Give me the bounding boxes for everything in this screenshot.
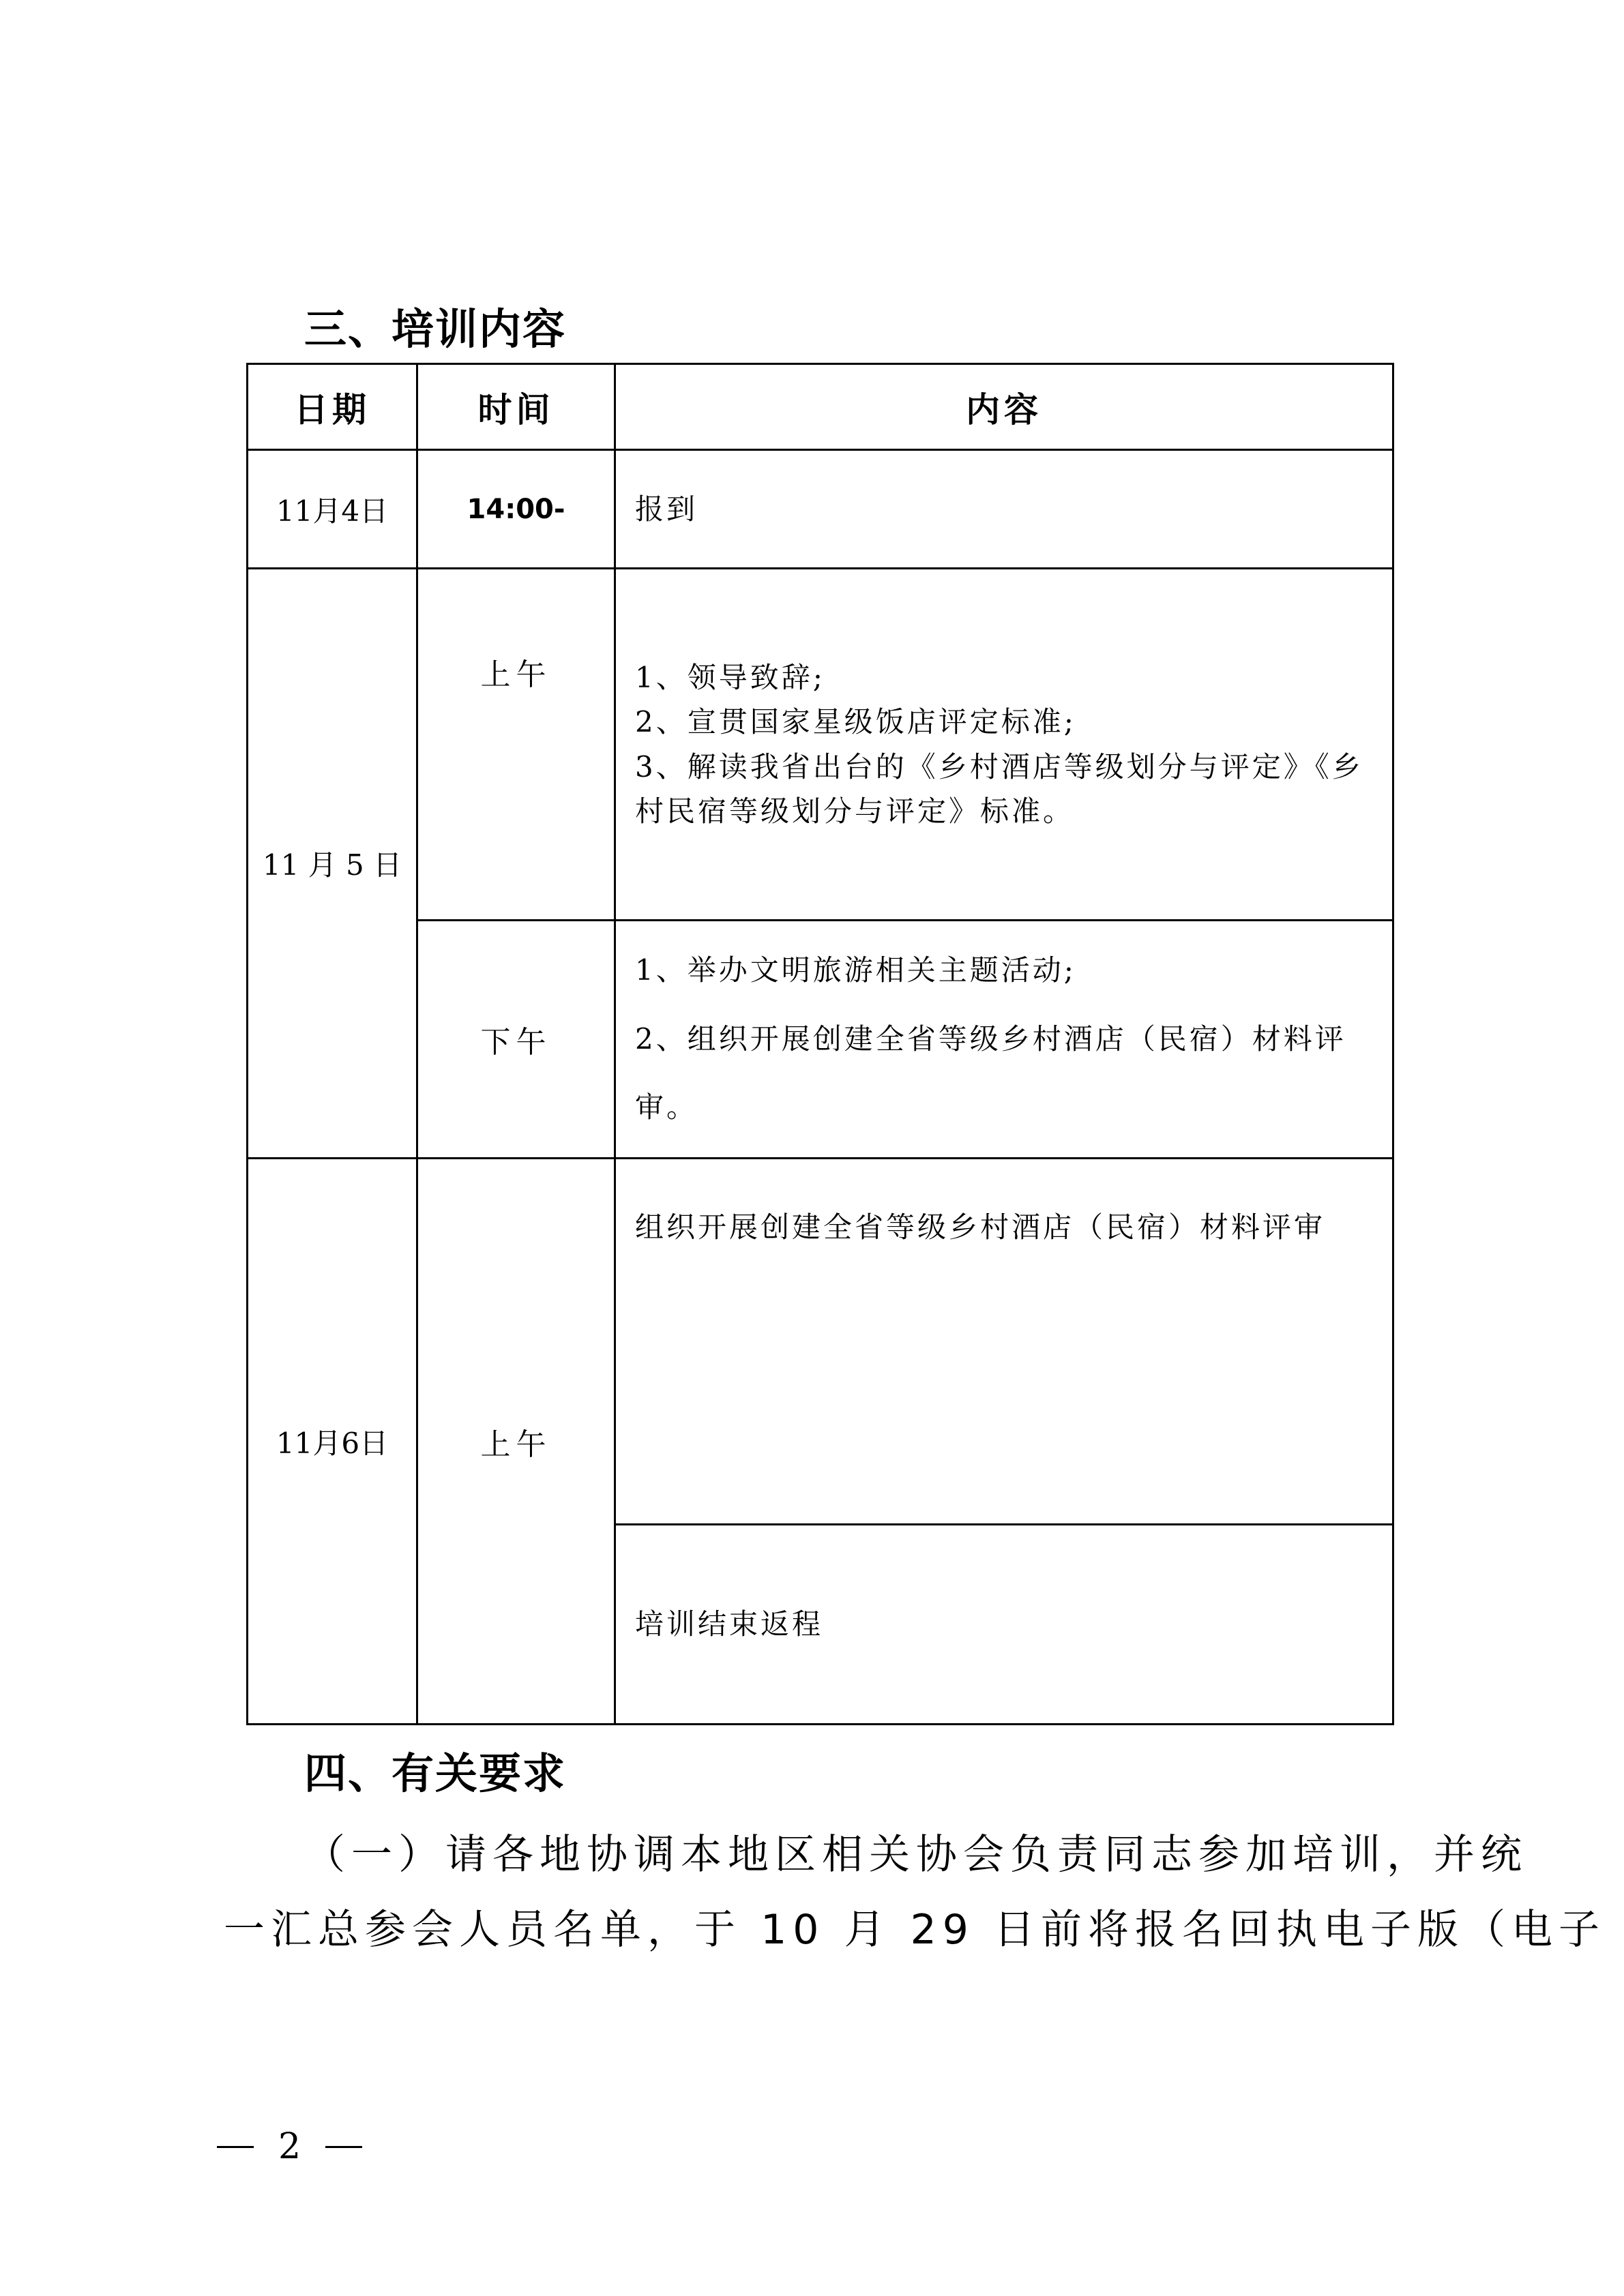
page-number-value: 2: [278, 2126, 301, 2167]
requirements-paragraph-line: 一汇总参会人员名单，于 10 月 29 日前将报名回执电子版（电子: [224, 1909, 1606, 1950]
cell-date-nov6: 11月6日: [248, 1159, 416, 1723]
cell-time-nov5-am: 上午: [418, 569, 614, 774]
cell-date-nov5: 11 月 5 日: [248, 569, 416, 1157]
cell-time-nov6-am: 上午: [418, 1159, 614, 1723]
cell-content-nov6-review: 组织开展创建全省等级乡村酒店（民宿）材料评审: [616, 1159, 1392, 1296]
content-line: 村民宿等级划分与评定》标准。: [635, 789, 1363, 833]
content-line: 1、领导致辞;: [635, 655, 1363, 700]
header-date: 日期: [248, 365, 416, 449]
header-time: 时间: [418, 365, 614, 449]
content-line: 2、组织开展创建全省等级乡村酒店（民宿）材料评: [635, 1005, 1346, 1074]
cell-time-nov5-pm: 下午: [418, 921, 614, 1157]
content-line: 1、举办文明旅游相关主题活动;: [635, 936, 1346, 1005]
cell-content-nov5-am: 1、领导致辞; 2、宣贯国家星级饭店评定标准; 3、解读我省出台的《乡村酒店等级…: [616, 569, 1392, 919]
section-heading-requirements: 四、有关要求: [304, 1753, 566, 1795]
content-line: 报到: [635, 487, 698, 531]
content-line: 2、宣贯国家星级饭店评定标准;: [635, 700, 1363, 744]
section-heading-training-content: 三、培训内容: [304, 308, 566, 351]
page-number: 2: [217, 2126, 362, 2167]
cell-time-nov4: 14:00-: [418, 451, 614, 567]
cell-content-nov4: 报到: [616, 451, 1392, 567]
requirements-paragraph-line: （一）请各地协调本地区相关协会负责同志参加培训，并统: [304, 1834, 1528, 1875]
cell-content-nov5-pm: 1、举办文明旅游相关主题活动; 2、组织开展创建全省等级乡村酒店（民宿）材料评 …: [616, 921, 1392, 1157]
content-line: 审。: [635, 1073, 1346, 1142]
content-line: 3、解读我省出台的《乡村酒店等级划分与评定》《乡: [635, 745, 1363, 789]
content-line: 组织开展创建全省等级乡村酒店（民宿）材料评审: [635, 1205, 1325, 1249]
dash-left: [217, 2146, 254, 2148]
header-content: 内容: [616, 365, 1392, 449]
schedule-table: 日期 时间 内容 11月4日 14:00- 报到 11 月 5 日 上午 1、领…: [246, 363, 1394, 1725]
dash-right: [325, 2146, 362, 2148]
cell-content-nov6-return: 培训结束返程: [616, 1525, 1392, 1723]
table-border-bottom: [246, 1723, 1394, 1725]
content-line: 培训结束返程: [635, 1602, 823, 1646]
cell-date-nov4: 11月4日: [248, 451, 416, 567]
